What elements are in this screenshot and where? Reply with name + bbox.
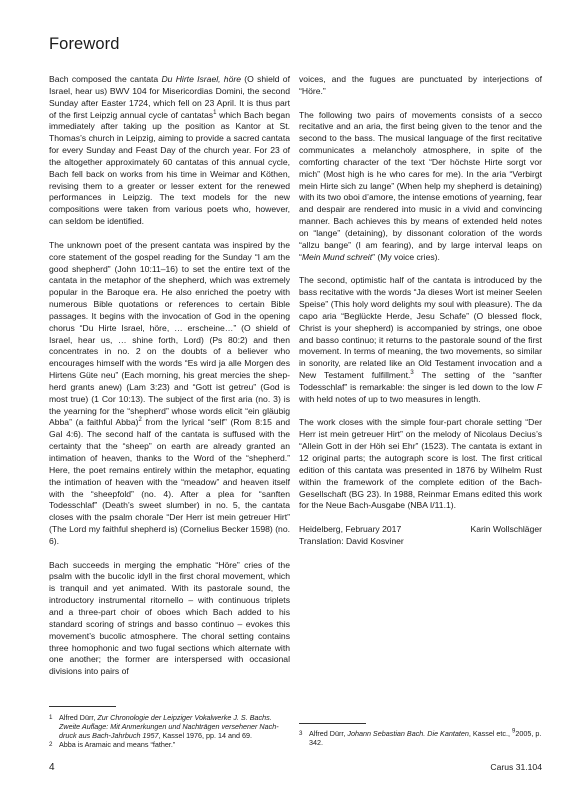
footnotes-left: 1 Alfred Dürr, Zur Chronologie der Leipz…: [49, 713, 281, 749]
catalog-number: Carus 31.104: [490, 762, 542, 772]
footnote-text: Alfred Dürr, Zur Chronologie der Leipzig…: [59, 713, 281, 740]
right-column: voices, and the fugues are punctuated by…: [299, 74, 542, 548]
footnotes-right: 3 Alfred Dürr, Johann Sebastian Bach. Di…: [299, 729, 542, 747]
paragraph: voices, and the fugues are punctuated by…: [299, 74, 542, 98]
translator-credit: Translation: David Kosviner: [299, 536, 542, 548]
left-column: Bach composed the cantata Du Hirte Israe…: [49, 74, 290, 678]
footnote-divider: [49, 706, 116, 707]
footnote-number: 3: [299, 729, 309, 747]
page-number: 4: [49, 762, 55, 773]
footnote-text: Alfred Dürr, Johann Sebastian Bach. Die …: [309, 729, 542, 747]
footnote: 2 Abba is Aramaic and means “father.”: [49, 740, 281, 749]
paragraph: The following two pairs of movements con…: [299, 110, 542, 264]
footnote-text: Abba is Aramaic and means “father.”: [59, 740, 281, 749]
paragraph: Bach composed the cantata Du Hirte Israe…: [49, 74, 290, 228]
signature-block: Heidelberg, February 2017 Karin Wollschl…: [299, 524, 542, 548]
footnote-divider: [299, 723, 366, 724]
page-title: Foreword: [49, 35, 120, 54]
paragraph: The unknown poet of the present cantata …: [49, 240, 290, 548]
footnote-number: 1: [49, 713, 59, 740]
paragraph: Bach succeeds in merging the emphatic “H…: [49, 560, 290, 678]
paragraph: The second, optimistic half of the canta…: [299, 275, 542, 405]
footnote: 1 Alfred Dürr, Zur Chronologie der Leipz…: [49, 713, 281, 740]
footnote: 3 Alfred Dürr, Johann Sebastian Bach. Di…: [299, 729, 542, 747]
place-date: Heidelberg, February 2017: [299, 524, 401, 536]
author-name: Karin Wollschläger: [471, 524, 543, 536]
footnote-number: 2: [49, 740, 59, 749]
paragraph: The work closes with the simple four-par…: [299, 417, 542, 512]
